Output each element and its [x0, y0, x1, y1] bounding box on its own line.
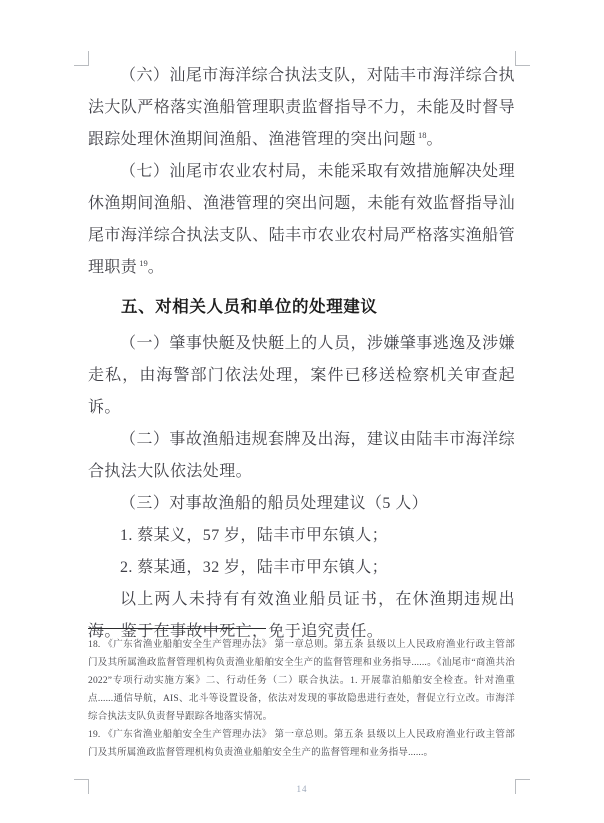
paragraph-text: （六）汕尾市海洋综合执法支队，对陆丰市海洋综合执法大队严格落实渔船管理职责监督指…: [88, 67, 515, 148]
crew-list-entry-2: 2. 蔡某通，32 岁，陆丰市甲东镇人；: [88, 552, 515, 584]
footnote-19: 19. 《广东省渔业船舶安全生产管理办法》 第一章总则。第五条 县级以上人民政府…: [88, 726, 515, 762]
paragraph-tail: 。: [148, 259, 164, 276]
footnote-text: 《广东省渔业船舶安全生产管理办法》 第一章总则。第五条 县级以上人民政府渔业行政…: [88, 730, 515, 758]
paragraph-item-1: （一）肇事快艇及快艇上的人员，涉嫌肇事逃逸及涉嫌走私，由海警部门依法处理，案件已…: [88, 328, 515, 424]
page-number: 14: [0, 784, 604, 794]
document-body: （六）汕尾市海洋综合执法支队，对陆丰市海洋综合执法大队严格落实渔船管理职责监督指…: [88, 60, 515, 648]
footnote-text: 《广东省渔业船舶安全生产管理办法》 第一章总则。第五条 县级以上人民政府渔业行政…: [88, 640, 515, 722]
document-page: （六）汕尾市海洋综合执法支队，对陆丰市海洋综合执法大队严格落实渔船管理职责监督指…: [0, 0, 604, 823]
footnotes-section: 18. 《广东省渔业船舶安全生产管理办法》 第一章总则。第五条 县级以上人民政府…: [88, 628, 515, 762]
footnote-separator-line: [88, 628, 266, 629]
text-boundary-corner-top-right: [515, 51, 530, 66]
paragraph-tail: 。: [427, 131, 443, 148]
crew-list-entry-1: 1. 蔡某义，57 岁，陆丰市甲东镇人；: [88, 520, 515, 552]
paragraph-item-3: （三）对事故渔船的船员处理建议（5 人）: [88, 488, 515, 520]
section-heading-5: 五、对相关人员和单位的处理建议: [88, 291, 515, 323]
footnote-number: 18.: [88, 640, 100, 650]
footnote-number: 19.: [88, 730, 100, 740]
footnote-18: 18. 《广东省渔业船舶安全生产管理办法》 第一章总则。第五条 县级以上人民政府…: [88, 636, 515, 726]
text-boundary-corner-top-left: [74, 51, 89, 66]
paragraph-item-6: （六）汕尾市海洋综合执法支队，对陆丰市海洋综合执法大队严格落实渔船管理职责监督指…: [88, 60, 515, 156]
footnote-ref-19: 19: [137, 258, 148, 268]
paragraph-item-2: （二）事故渔船违规套牌及出海，建议由陆丰市海洋综合执法大队依法处理。: [88, 424, 515, 488]
footnote-ref-18: 18: [416, 130, 427, 140]
paragraph-item-7: （七）汕尾市农业农村局，未能采取有效措施解决处理休渔期间渔船、渔港管理的突出问题…: [88, 156, 515, 284]
